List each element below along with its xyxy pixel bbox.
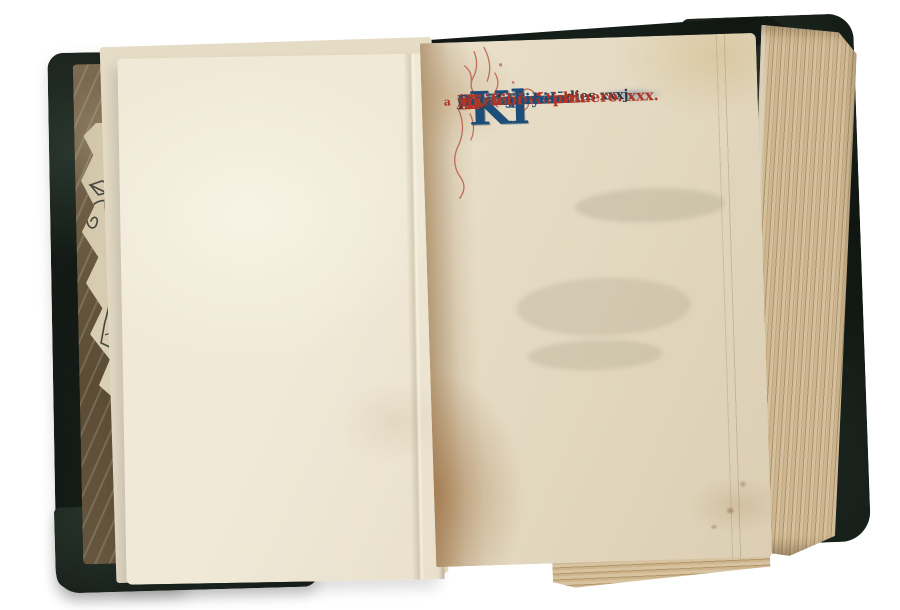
calendar-text-block: Kl · : dies xxxj. Luna uero. xxx. Januar… [457, 83, 745, 92]
blank-flyleaf-page [117, 53, 444, 584]
calendar-manuscript-page: Kl · : dies xxxj. Luna uero. xxx. Januar… [420, 33, 772, 567]
ink-bleedthrough [527, 338, 663, 372]
calendar-row: xix. febr̄ [457, 92, 458, 112]
next-month-count: xix. febr̄ [457, 90, 524, 110]
margin-mark: a [444, 95, 451, 108]
page-crease-lines [716, 34, 748, 558]
ink-bleedthrough [575, 186, 726, 225]
manuscript-photo: Kl · : dies xxxj. Luna uero. xxx. Januar… [0, 0, 900, 610]
flyleaf-crease [403, 54, 424, 580]
ink-bleedthrough [515, 275, 692, 338]
